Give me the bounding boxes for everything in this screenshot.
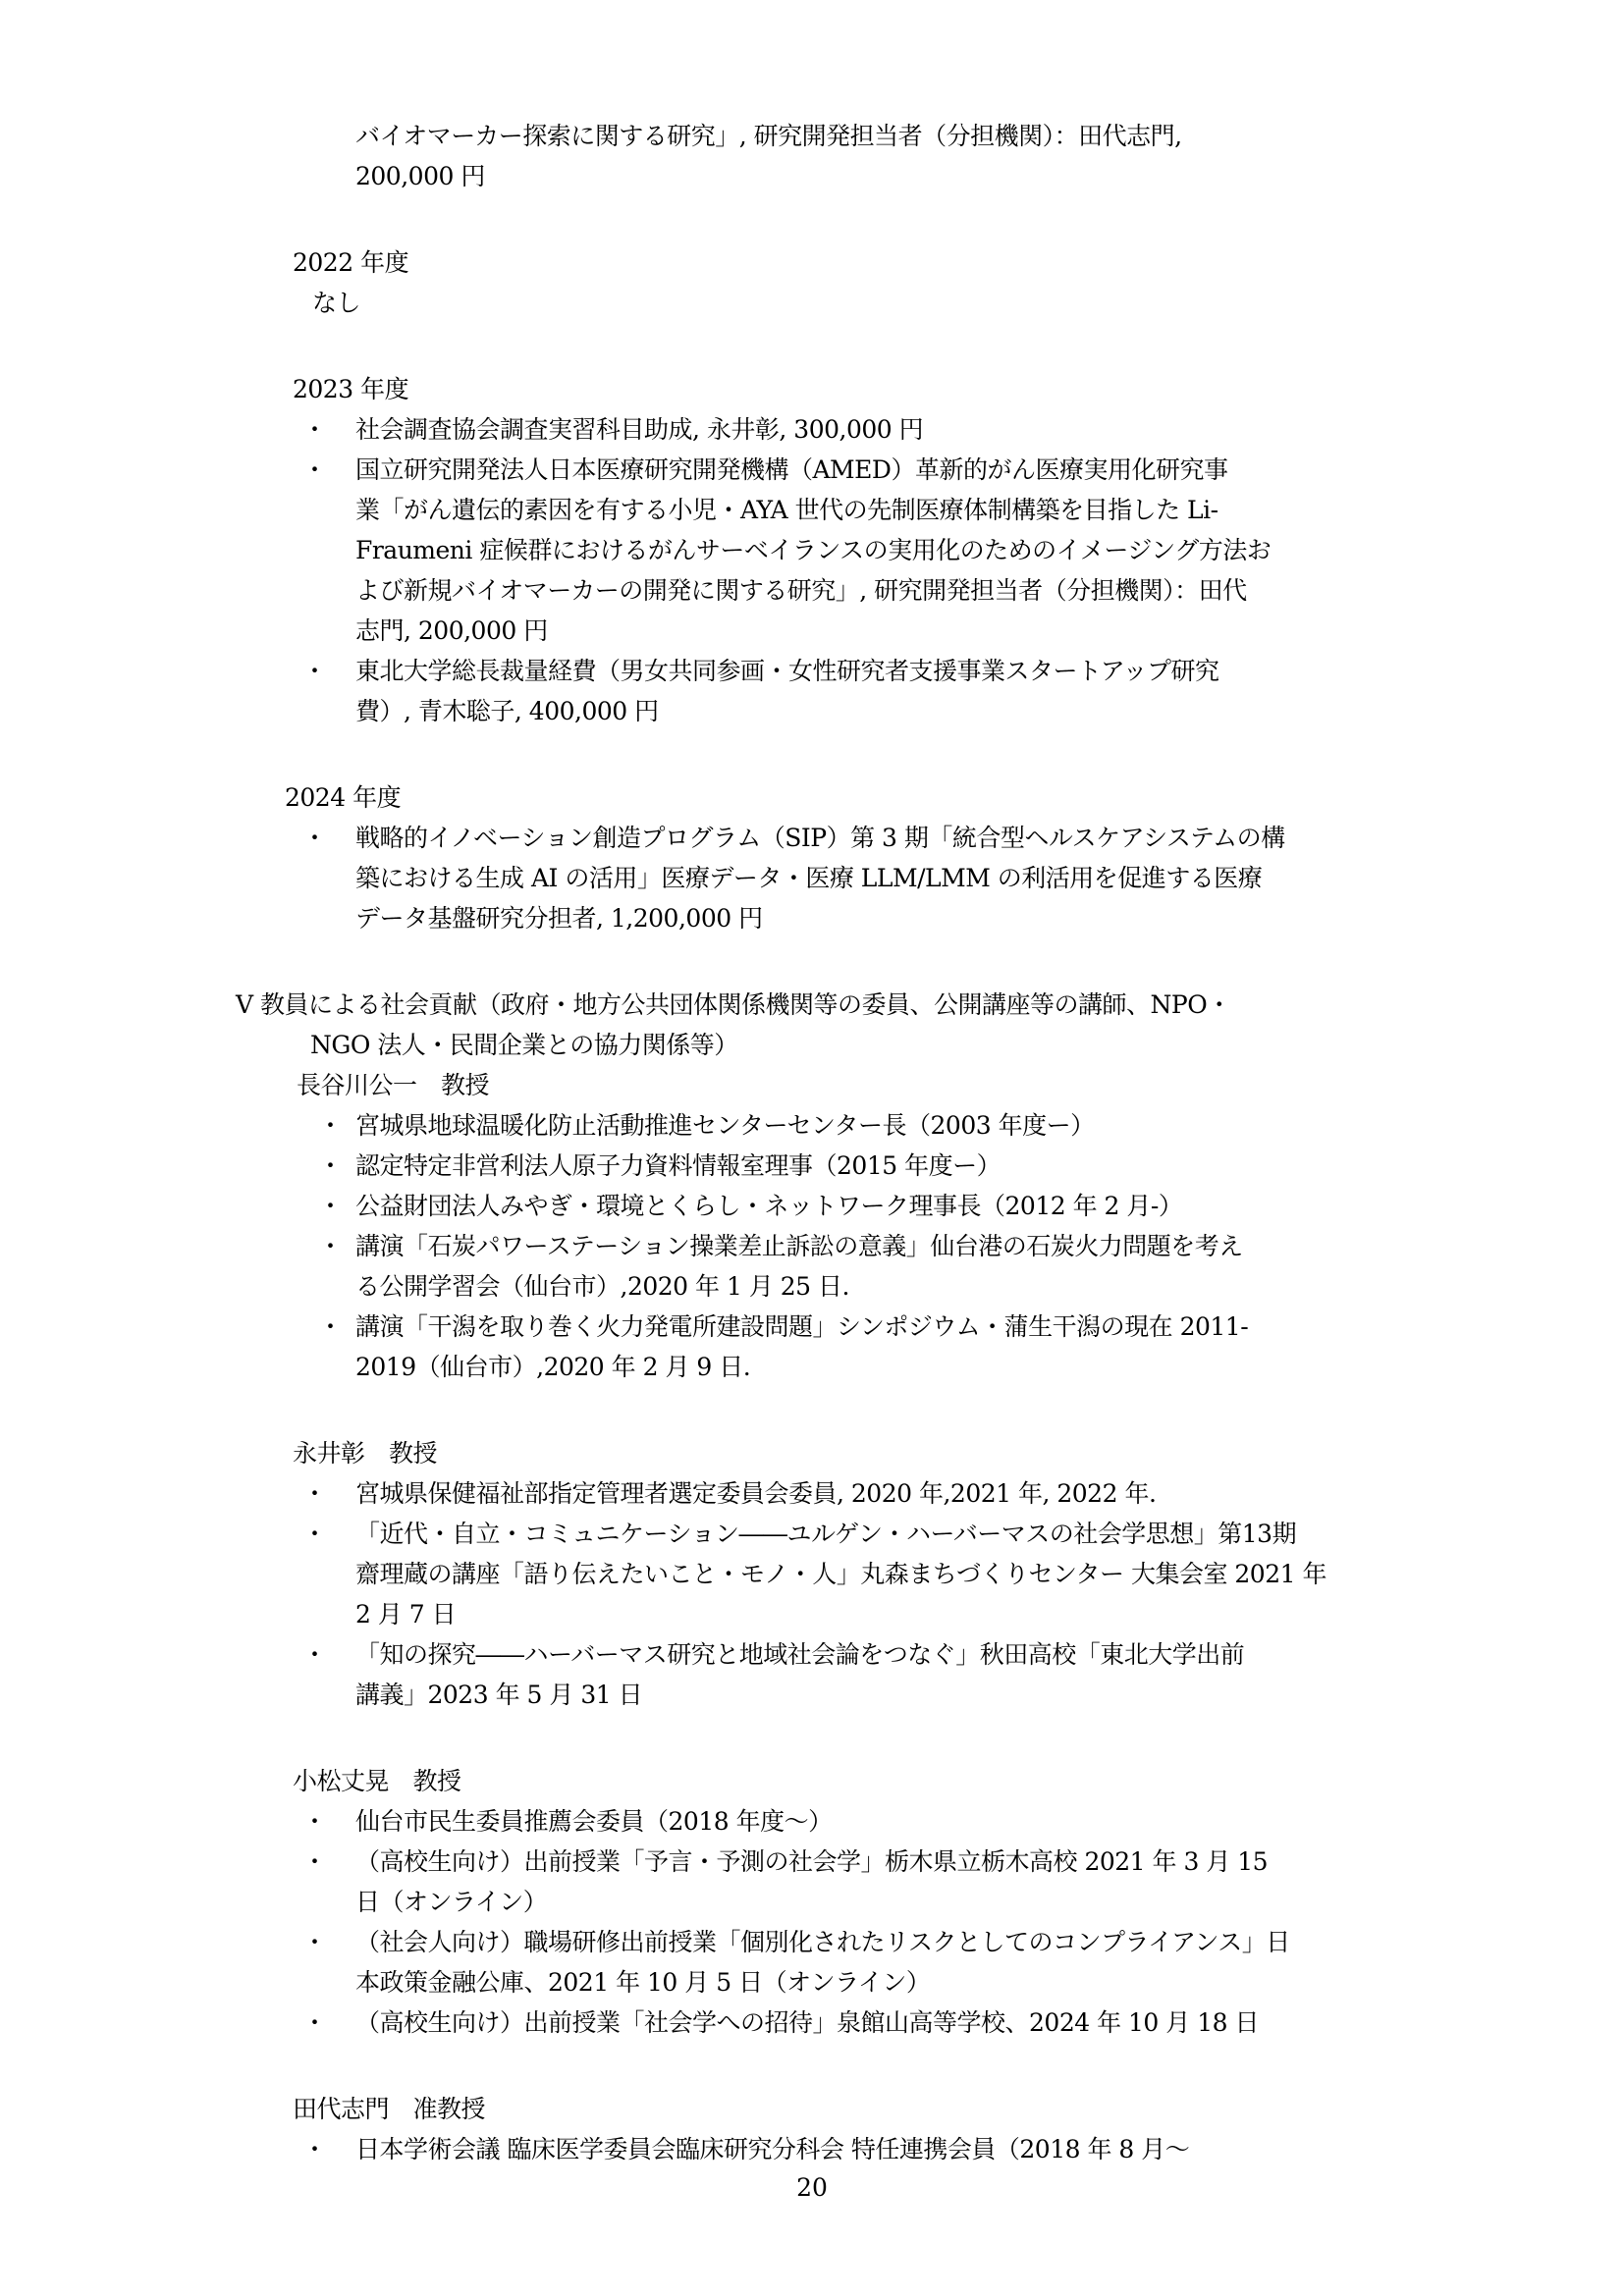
continuation-line: 200,000 円 (355, 162, 485, 191)
document-page: バイオマーカー探索に関する研究」, 研究開発担当者（分担機関）：田代志門, 20… (0, 0, 1624, 2296)
list-item-cont: よび新規バイオマーカーの開発に関する研究」, 研究開発担当者（分担機関）：田代 (355, 576, 1247, 606)
list-item: 戦略的イノベーション創造プログラム（SIP）第 3 期「統合型ヘルスケアシステム… (355, 824, 1285, 853)
bullet-icon: ・ (318, 1151, 343, 1181)
list-item-cont: 費）, 青木聡子, 400,000 円 (355, 697, 659, 726)
list-item: （高校生向け）出前授業「予言・予測の社会学」栃木県立栃木高校 2021 年 3 … (355, 1847, 1268, 1877)
list-item-cont: Fraumeni 症候群におけるがんサーベイランスの実用化のためのイメージング方… (355, 536, 1271, 565)
faculty-name: 長谷川公一 教授 (297, 1071, 489, 1100)
list-item-cont: 業「がん遺伝的素因を有する小児・AYA 世代の先制医療体制構築を目指した Li- (355, 496, 1218, 525)
list-item: 国立研究開発法人日本医療研究開発機構（AMED）革新的がん医療実用化研究事 (355, 455, 1227, 485)
bullet-icon: ・ (302, 415, 327, 445)
bullet-icon: ・ (302, 2008, 327, 2038)
section-heading: V 教員による社会貢献（政府・地方公共団体関係機関等の委員、公開講座等の講師、N… (236, 990, 1231, 1020)
list-item: （社会人向け）職場研修出前授業「個別化されたリスクとしてのコンプライアンス」日 (355, 1928, 1290, 1957)
list-item-cont: 2 月 7 日 (355, 1600, 456, 1629)
list-item: 社会調査協会調査実習科目助成, 永井彰, 300,000 円 (355, 415, 923, 445)
list-item: 宮城県地球温暖化防止活動推進センターセンター長（2003 年度ー） (355, 1111, 1095, 1141)
year-heading-2024: 2024 年度 (285, 783, 401, 813)
list-item: 日本学術会議 臨床医学委員会臨床研究分科会 特任連携会員（2018 年 8 月～ (355, 2135, 1189, 2164)
faculty-name: 小松丈晃 教授 (293, 1767, 461, 1796)
section-heading-cont: NGO 法人・民間企業との協力関係等） (310, 1031, 738, 1060)
bullet-icon: ・ (318, 1232, 343, 1261)
bullet-icon: ・ (318, 1111, 343, 1141)
bullet-icon: ・ (302, 2135, 327, 2164)
list-item: 公益財団法人みやぎ・環境とくらし・ネットワーク理事長（2012 年 2 月-） (355, 1192, 1182, 1221)
list-item-cont: 築における生成 AI の活用」医療データ・医療 LLM/LMM の利活用を促進す… (355, 864, 1262, 893)
list-item-cont: 本政策金融公庫、2021 年 10 月 5 日（オンライン） (355, 1968, 930, 1998)
bullet-icon: ・ (302, 1640, 327, 1670)
none-text: なし (312, 289, 360, 318)
list-item: 認定特定非営利法人原子力資料情報室理事（2015 年度ー） (355, 1151, 1001, 1181)
list-item-cont: 講義」2023 年 5 月 31 日 (355, 1681, 642, 1710)
faculty-name: 永井彰 教授 (293, 1439, 437, 1468)
list-item: 東北大学総長裁量経費（男女共同参画・女性研究者支援事業スタートアップ研究 (355, 657, 1219, 686)
list-item-cont: 志門, 200,000 円 (355, 616, 548, 646)
year-heading-2022: 2022 年度 (293, 248, 408, 278)
list-item: 「知の探究――ハーバーマス研究と地域社会論をつなぐ」秋田高校「東北大学出前 (355, 1640, 1244, 1670)
bullet-icon: ・ (302, 1807, 327, 1837)
list-item: （高校生向け）出前授業「社会学への招待」泉館山高等学校、2024 年 10 月 … (355, 2008, 1259, 2038)
bullet-icon: ・ (318, 1192, 343, 1221)
list-item-cont: データ基盤研究分担者, 1,200,000 円 (355, 904, 763, 934)
list-item: 講演「石炭パワーステーション操業差止訴訟の意義」仙台港の石炭火力問題を考え (355, 1232, 1243, 1261)
year-heading-2023: 2023 年度 (293, 375, 408, 404)
bullet-icon: ・ (302, 824, 327, 853)
list-item: 講演「干潟を取り巻く火力発電所建設問題」シンポジウム・蒲生干潟の現在 2011- (355, 1312, 1248, 1342)
list-item-cont: る公開学習会（仙台市）,2020 年 1 月 25 日. (355, 1272, 849, 1302)
list-item: 「近代・自立・コミュニケーション――ユルゲン・ハーバーマスの社会学思想」第13期 (355, 1520, 1296, 1549)
bullet-icon: ・ (318, 1312, 343, 1342)
bullet-icon: ・ (302, 1479, 327, 1509)
bullet-icon: ・ (302, 1520, 327, 1549)
faculty-name: 田代志門 准教授 (293, 2095, 485, 2124)
bullet-icon: ・ (302, 1847, 327, 1877)
bullet-icon: ・ (302, 455, 327, 485)
bullet-icon: ・ (302, 1928, 327, 1957)
list-item-cont: 日（オンライン） (355, 1888, 547, 1917)
list-item: 宮城県保健福祉部指定管理者選定委員会委員, 2020 年,2021 年, 202… (355, 1479, 1156, 1509)
list-item-cont: 齋理蔵の講座「語り伝えたいこと・モノ・人」丸森まちづくりセンター 大集会室 20… (355, 1560, 1326, 1589)
page-number: 20 (0, 2173, 1624, 2203)
continuation-line: バイオマーカー探索に関する研究」, 研究開発担当者（分担機関）：田代志門, (355, 122, 1182, 151)
list-item-cont: 2019（仙台市）,2020 年 2 月 9 日. (355, 1353, 750, 1382)
list-item: 仙台市民生委員推薦会委員（2018 年度～） (355, 1807, 833, 1837)
bullet-icon: ・ (302, 657, 327, 686)
